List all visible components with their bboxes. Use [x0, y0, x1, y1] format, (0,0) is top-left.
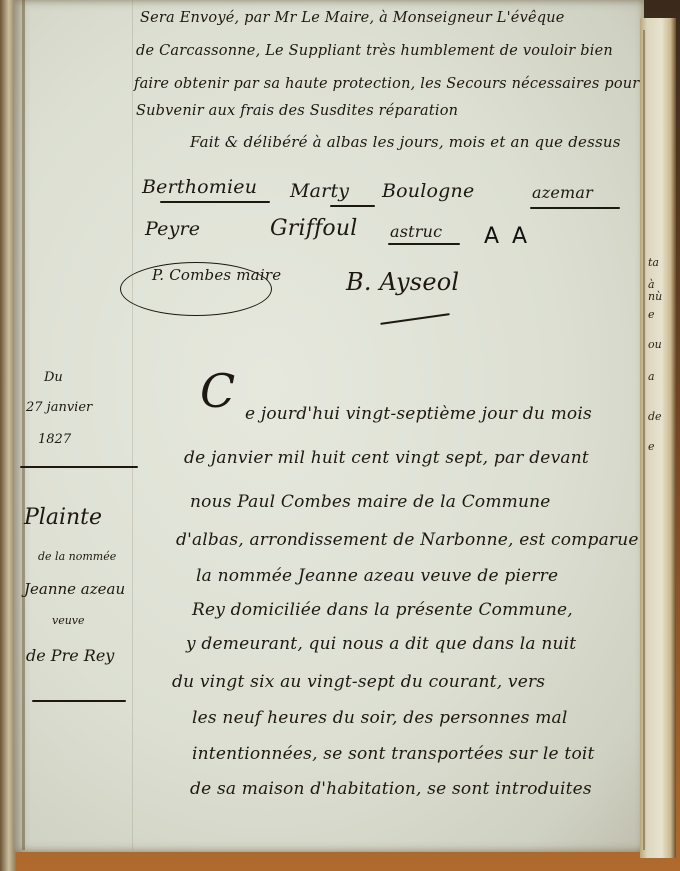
- closing-formula: Fait & délibéré à albas les jours, mois …: [190, 133, 621, 151]
- margin-subtitle: de la nommée: [38, 550, 116, 563]
- next-page-edges: [640, 18, 676, 858]
- signature: Griffoul: [270, 216, 357, 241]
- signature: A A: [484, 224, 530, 249]
- signature-underline: [330, 205, 375, 207]
- next-page-fragment: de: [648, 410, 662, 423]
- entry-line: les neuf heures du soir, des personnes m…: [192, 708, 568, 728]
- top-text-line: faire obtenir par sa haute protection, l…: [134, 76, 639, 92]
- next-page-fragment: ta: [648, 256, 659, 269]
- signature: Peyre: [145, 218, 200, 240]
- gutter-fold: [22, 0, 25, 850]
- margin-date-day: 27 janvier: [26, 400, 92, 415]
- signature: P. Combes maire: [152, 266, 281, 284]
- top-text-line: Sera Envoyé, par Mr Le Maire, à Monseign…: [140, 10, 565, 26]
- signature: Boulogne: [382, 180, 474, 202]
- margin-name: Jeanne azeau: [24, 580, 125, 598]
- next-page-fragment: a: [648, 370, 655, 383]
- signature: B. Ayseol: [346, 268, 459, 296]
- drop-cap: C: [200, 364, 235, 418]
- entry-line: e jourd'hui vingt-septième jour du mois: [245, 404, 592, 424]
- margin-title: Plainte: [24, 505, 102, 530]
- margin-divider: [20, 466, 138, 468]
- margin-widow: veuve: [52, 614, 85, 627]
- margin-underline: [32, 700, 126, 702]
- next-page-fragment: e: [648, 308, 655, 321]
- entry-line: y demeurant, qui nous a dit que dans la …: [186, 634, 576, 654]
- signature-underline: [388, 243, 460, 245]
- entry-line: intentionnées, se sont transportées sur …: [192, 744, 595, 764]
- next-page-rule: [643, 30, 645, 850]
- top-text-line: de Carcassonne, Le Suppliant très humble…: [136, 43, 613, 59]
- next-page-fragment: ou: [648, 338, 662, 351]
- signature: Berthomieu: [142, 176, 257, 198]
- margin-rule: [132, 0, 133, 850]
- entry-line: de janvier mil huit cent vingt sept, par…: [184, 448, 589, 468]
- signature-underline: [530, 207, 620, 209]
- margin-husband: de Pre Rey: [26, 646, 114, 665]
- top-text-line: Subvenir aux frais des Susdites réparati…: [136, 103, 458, 119]
- signature: Marty: [290, 180, 349, 202]
- signature-underline: [160, 201, 270, 203]
- entry-line: Rey domiciliée dans la présente Commune,: [192, 600, 573, 620]
- signature: azemar: [532, 183, 593, 202]
- entry-line: du vingt six au vingt-sept du courant, v…: [172, 672, 545, 692]
- margin-date-du: Du: [44, 370, 63, 385]
- next-page-fragment: nù: [648, 290, 662, 303]
- entry-line: nous Paul Combes maire de la Commune: [190, 492, 551, 512]
- entry-line: la nommée Jeanne azeau veuve de pierre: [196, 566, 558, 586]
- entry-line: de sa maison d'habitation, se sont intro…: [190, 779, 592, 799]
- entry-line: d'albas, arrondissement de Narbonne, est…: [176, 530, 639, 550]
- margin-date-year: 1827: [38, 432, 71, 447]
- next-page-fragment: e: [648, 440, 655, 453]
- signature: astruc: [390, 222, 442, 241]
